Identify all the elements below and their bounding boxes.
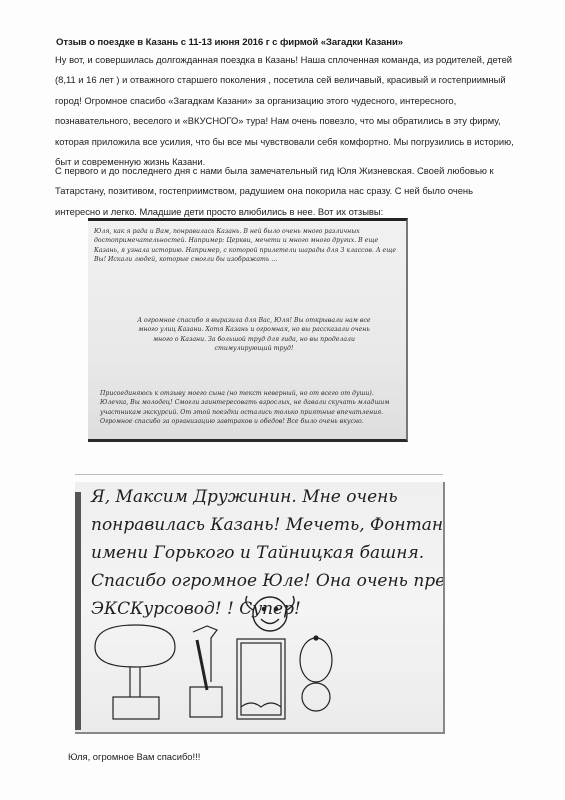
closing-thanks: Юля, огромное Вам спасибо!!! bbox=[68, 751, 200, 762]
trophy-cup-drawing-icon bbox=[95, 625, 175, 719]
intro-paragraph: Ну вот, и совершилась долгожданная поезд… bbox=[55, 50, 520, 172]
handwritten-review-text-1: Юля, как я рада и Вам, понравилась Казан… bbox=[94, 227, 400, 265]
torch-trophy-drawing-icon bbox=[190, 626, 222, 717]
handwritten-review-text-2: А огромное спасибо я выразила для Вас, Ю… bbox=[134, 316, 374, 354]
guide-paragraph: С первого и до последнего дня с нами был… bbox=[55, 161, 520, 222]
child-drawings bbox=[75, 482, 443, 732]
document-title: Отзыв о поездке в Казань с 11-13 июня 20… bbox=[56, 37, 403, 48]
scan-divider bbox=[75, 474, 443, 475]
handwritten-review-text-3: Присоединяюсь к отзыву моего сына (но те… bbox=[100, 389, 400, 427]
handwritten-review-scan: Юля, как я рада и Вам, понравилась Казан… bbox=[88, 218, 408, 442]
smiley-face-icon bbox=[246, 596, 294, 631]
child-drawing-scan: Я, Максим Дружинин. Мне очень понравилас… bbox=[75, 482, 445, 734]
medal-drawing-icon bbox=[300, 636, 332, 711]
diploma-drawing-icon bbox=[237, 639, 285, 719]
